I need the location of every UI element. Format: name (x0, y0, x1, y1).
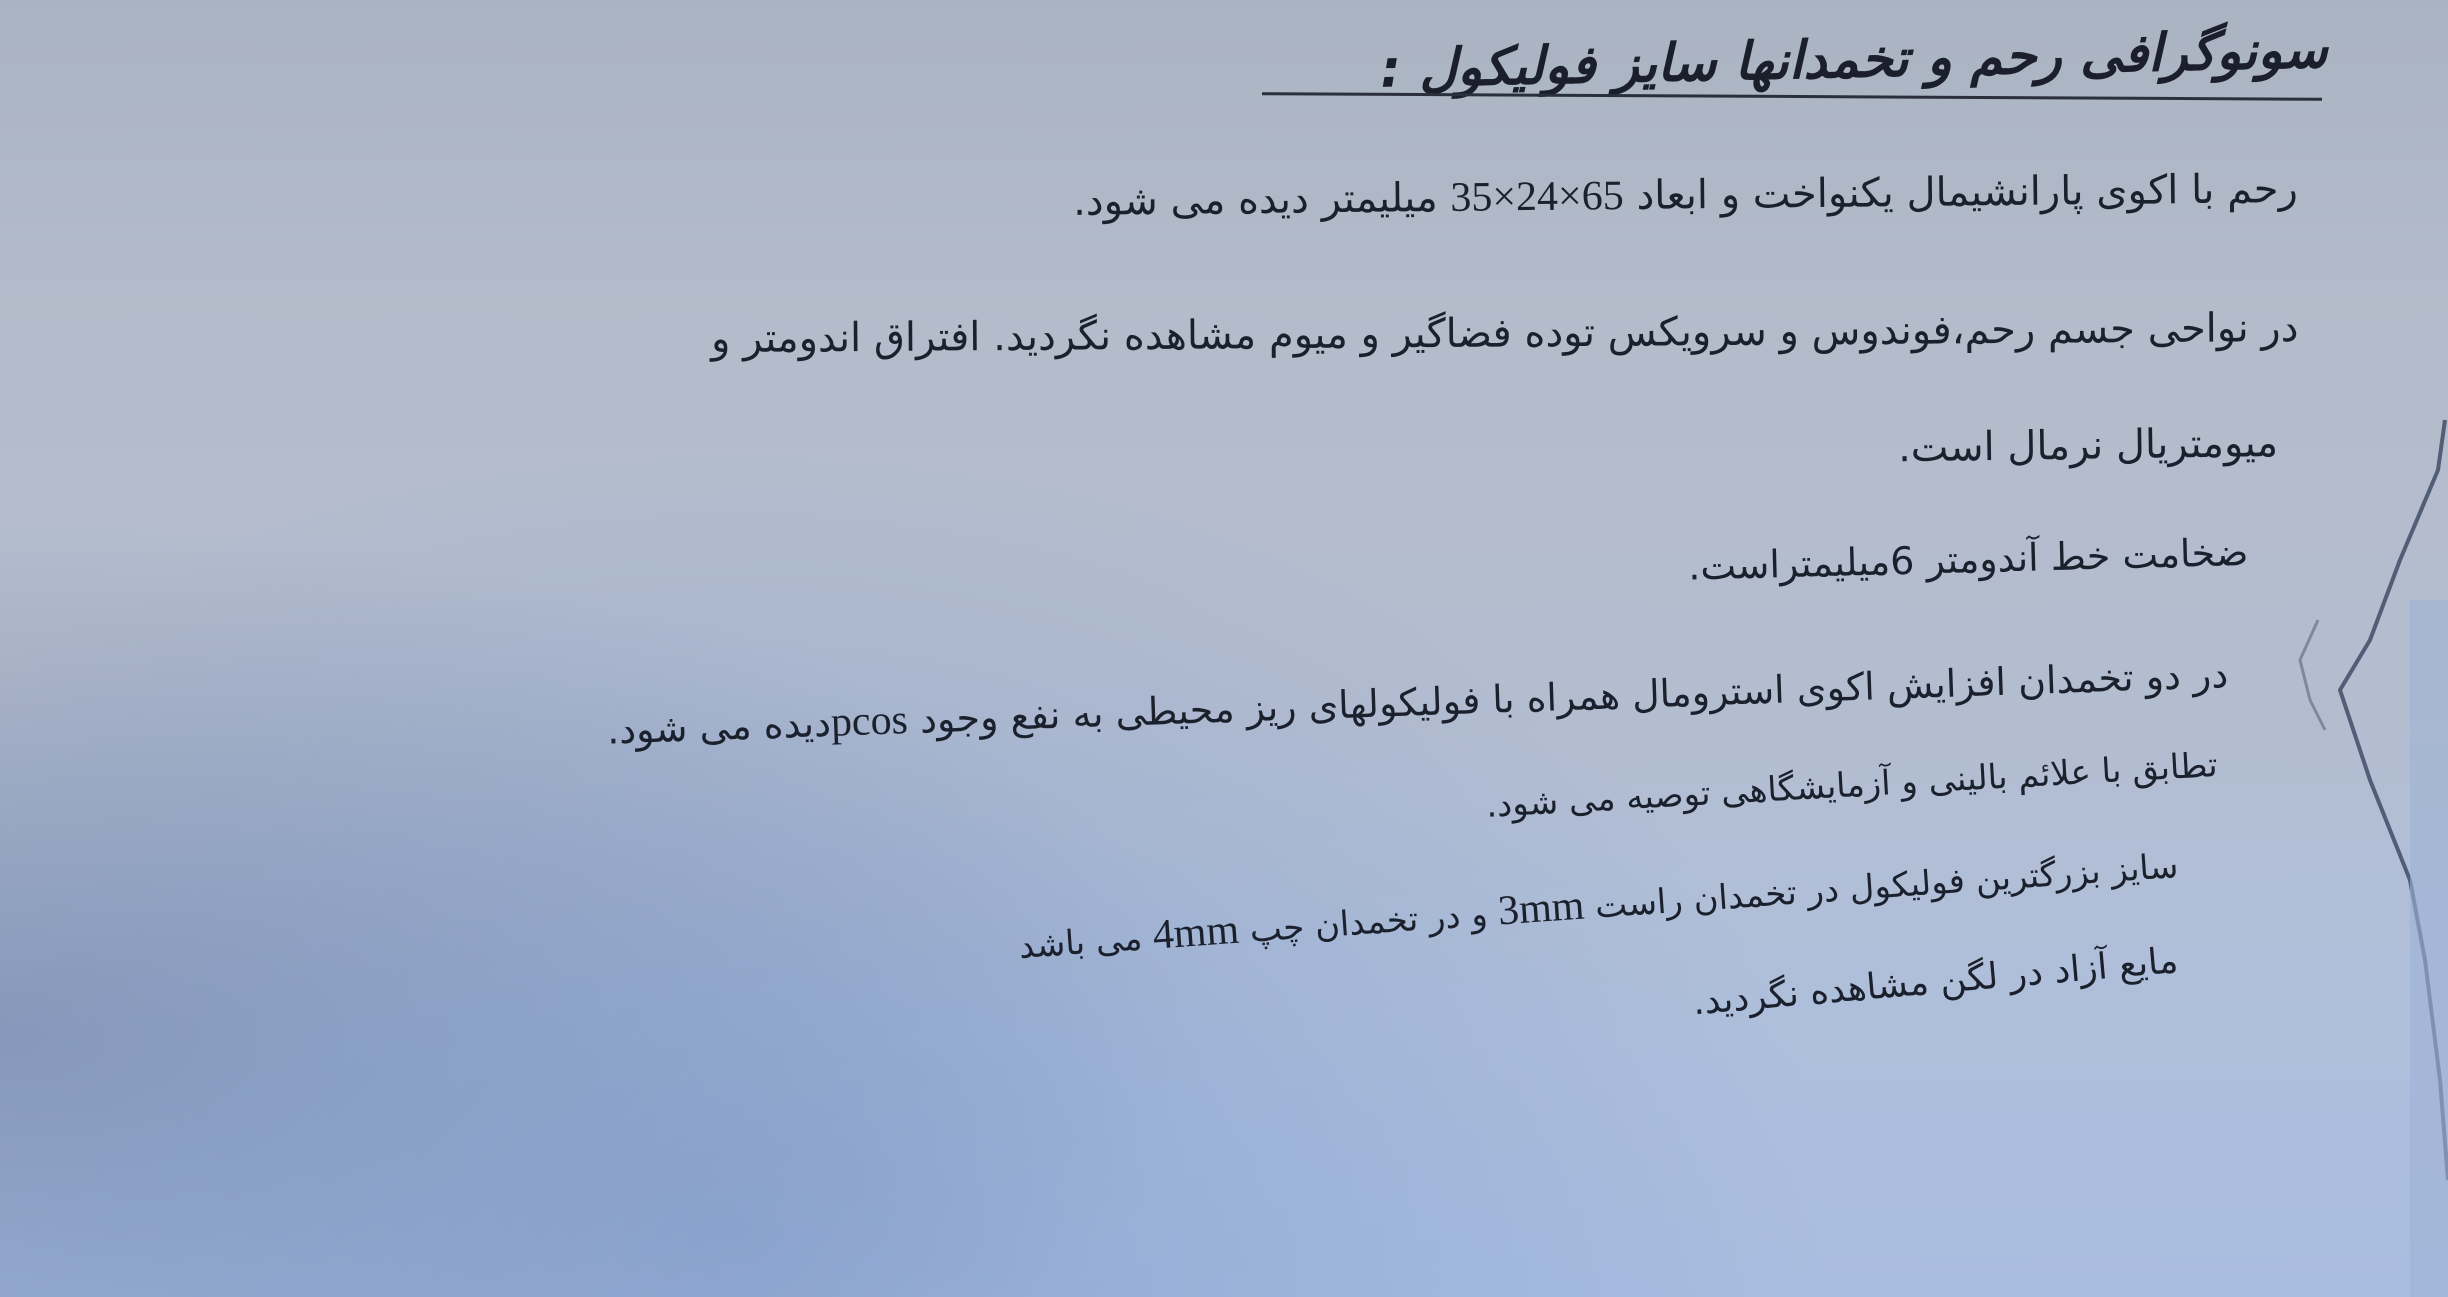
clinical-correlation-line: تطابق با علائم بالینی و آزمایشگاهی توصیه… (1486, 745, 2220, 826)
uterus-mass-finding-line: در نواحی جسم رحم،فوندوس و سرویکس توده فض… (710, 305, 2298, 362)
right-follicle-size: 3mm (1496, 883, 1585, 935)
left-follicle-size: 4mm (1151, 907, 1240, 959)
text-segment: و در تخمدان چپ (1238, 894, 1500, 952)
uterus-dimensions-line: رحم با اکوی پارانشیمال یکنواخت و ابعاد 6… (1073, 165, 2298, 226)
report-title: سونوگرافی رحم و تخمدانها سایز فولیکول : (1380, 20, 2329, 100)
follicle-size-line: سایز بزرگترین فولیکول در تخمدان راست 3mm… (1017, 840, 2180, 969)
text-segment: میلیمتر دیده می شود. (1073, 175, 1451, 225)
text-segment: سایز بزرگترین فولیکول در تخمدان راست (1583, 846, 2180, 927)
text-segment: می باشد (1018, 918, 1155, 967)
endometrium-thickness-line: ضخامت خط آندومتر 6میلیمتراست. (1687, 530, 2248, 589)
text-segment: رحم با اکوی پارانشیمال یکنواخت و ابعاد (1624, 166, 2299, 219)
free-fluid-finding-line: مایع آزاد در لگن مشاهده نگردید. (1691, 940, 2180, 1023)
text-segment: دیده می شود. (606, 701, 831, 753)
text-segment: در دو تخمدان افزایش اکوی استرومال همراه … (907, 652, 2229, 742)
ovary-pcos-finding-line: در دو تخمدان افزایش اکوی استرومال همراه … (606, 650, 2229, 755)
pcos-term: pcos (830, 697, 909, 746)
uterus-dimensions-value: 65×24×35 (1450, 173, 1624, 221)
report-paper: سونوگرافی رحم و تخمدانها سایز فولیکول : … (0, 0, 2448, 1297)
myometrial-finding-line: میومتریال نرمال است. (1898, 420, 2279, 471)
